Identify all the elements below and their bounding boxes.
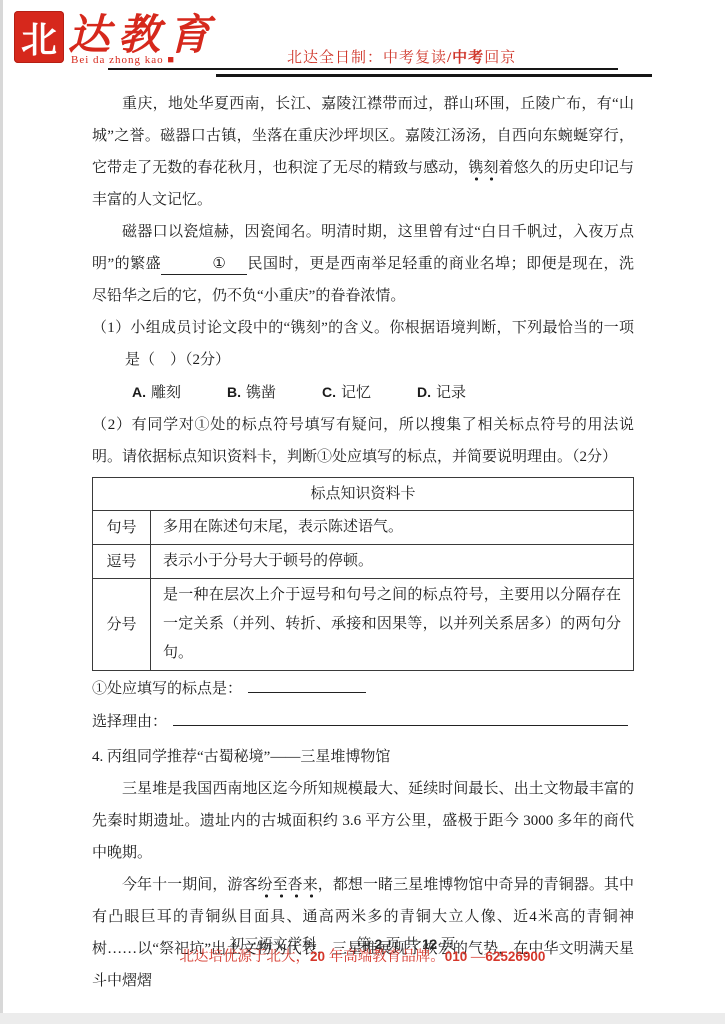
section-4-title: 4. 丙组同学推荐“古蜀秘境”——三星堆博物馆	[92, 741, 634, 773]
footer-red-text: 年高端教育品牌。	[325, 949, 445, 965]
card-term-semicolon: 分号	[93, 579, 151, 671]
footer-brand-line: 北达培优源于北大，20 年高端教育品牌。010 —62526900	[0, 945, 725, 966]
footer-phone-number: 62526900	[485, 949, 545, 964]
card-title: 标点知识资料卡	[93, 478, 634, 511]
numbered-blank-marker: ①	[161, 255, 247, 275]
paragraph-text: 今年十一期间，游客	[122, 877, 258, 893]
card-term-comma: 逗号	[93, 545, 151, 579]
footer-red-text: —	[467, 949, 485, 965]
card-desc-semicolon: 是一种在层次上介于逗号和句号之间的标点符号，主要用以分隔存在一定关系（并列、转折…	[151, 579, 634, 671]
exam-page: 北 达教育 Bei da zhong kao ■ 北达全日制：中考复读/中考回京…	[0, 0, 725, 1024]
answer-line-short	[248, 680, 366, 693]
footer-red-text: 北达培优源于北大，	[180, 949, 311, 965]
card-term-period: 句号	[93, 511, 151, 545]
question-2: （2）有同学对①处的标点符号填写有疑问，所以搜集了相关标点符号的用法说明。请依据…	[92, 409, 634, 473]
document-body: 重庆，地处华夏西南，长江、嘉陵江襟带而过，群山环围，丘陵广布，有“山城”之誉。磁…	[92, 88, 634, 997]
option-b-label: 镌凿	[246, 385, 276, 401]
option-c-label: 记忆	[341, 385, 371, 401]
scan-edge-left	[0, 0, 3, 1024]
question-1: （1）小组成员讨论文段中的“镌刻”的含义。你根据语境判断，下列最恰当的一项是（ …	[92, 312, 634, 376]
table-row: 句号多用在陈述句末尾，表示陈述语气。	[93, 511, 634, 545]
option-d: D.记录	[417, 376, 466, 409]
answer-label: 选择理由：	[92, 714, 167, 730]
option-b-key: B.	[227, 384, 241, 400]
header-slogan: 北达全日制：中考复读/中考回京	[287, 46, 516, 67]
slogan-tail-text: 回京	[484, 50, 516, 66]
answer-label: ①处应填写的标点是：	[92, 681, 242, 697]
footer-phone-prefix: 010	[445, 949, 468, 964]
answer-blank-reason: 选择理由：	[92, 706, 634, 739]
header-rule-thin	[108, 68, 618, 70]
logo-seal-icon: 北	[14, 11, 64, 63]
emphasized-word: 纷至沓来	[258, 877, 318, 899]
footer-red-years: 20	[310, 949, 325, 964]
answer-line-long	[173, 713, 628, 726]
brand-name: 达教育	[68, 2, 218, 62]
brand-subtitle: Bei da zhong kao ■	[71, 54, 175, 66]
punctuation-card-table: 标点知识资料卡 句号多用在陈述句末尾，表示陈述语气。 逗号表示小于分号大于顿号的…	[92, 477, 634, 671]
scan-edge-bottom	[0, 1013, 725, 1024]
option-d-key: D.	[417, 384, 431, 400]
table-row: 分号是一种在层次上介于逗号和句号之间的标点符号，主要用以分隔存在一定关系（并列、…	[93, 579, 634, 671]
option-c: C.记忆	[322, 376, 371, 409]
card-title-row: 标点知识资料卡	[93, 478, 634, 511]
card-desc-period: 多用在陈述句末尾，表示陈述语气。	[151, 511, 634, 545]
section-4-paragraph-1: 三星堆是我国西南地区迄今所知规模最大、延续时间最长、出土文物最丰富的先秦时期遗址…	[92, 773, 634, 869]
header-rule-thick	[216, 74, 652, 77]
question-1-options: A.雕刻 B.镌凿 C.记忆 D.记录	[92, 376, 634, 409]
slogan-text: 北达全日制：中考复读	[287, 50, 447, 66]
option-a-label: 雕刻	[151, 385, 181, 401]
option-c-key: C.	[322, 384, 336, 400]
card-desc-comma: 表示小于分号大于顿号的停顿。	[151, 545, 634, 579]
emphasized-word: 镌刻	[468, 160, 498, 182]
answer-blank-punctuation: ①处应填写的标点是：	[92, 673, 634, 706]
passage-paragraph-1: 重庆，地处华夏西南，长江、嘉陵江襟带而过，群山环围，丘陵广布，有“山城”之誉。磁…	[92, 88, 634, 216]
option-b: B.镌凿	[227, 376, 276, 409]
option-a-key: A.	[132, 384, 146, 400]
option-d-label: 记录	[436, 385, 466, 401]
table-row: 逗号表示小于分号大于顿号的停顿。	[93, 545, 634, 579]
slogan-bold-text: /中考	[447, 50, 484, 66]
option-a: A.雕刻	[132, 376, 181, 409]
passage-paragraph-2: 磁器口以瓷煊赫，因瓷闻名。明清时期，这里曾有过“白日千帆过，入夜万点明”的繁盛①…	[92, 216, 634, 312]
